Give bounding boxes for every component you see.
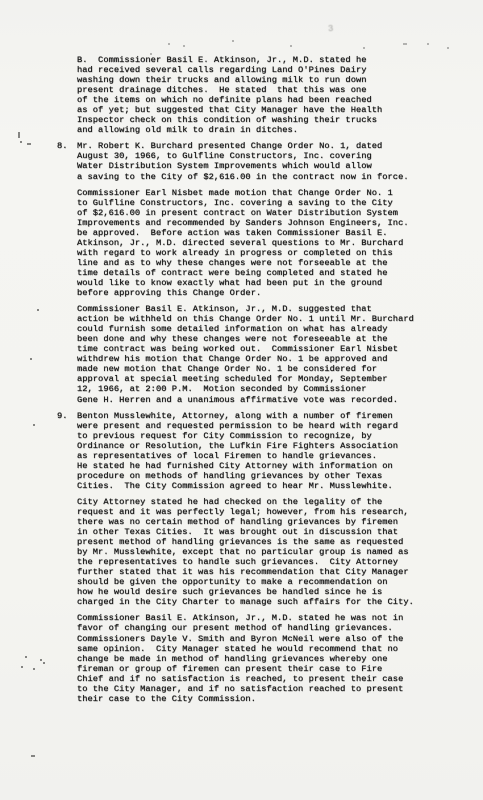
item-label-9: 9. (57, 411, 67, 421)
scan-noise-speck (20, 141, 22, 143)
scan-noise-speck (427, 43, 429, 45)
paragraph-text: Commissioner Basil E. Atkinson, Jr., M.D… (77, 613, 467, 703)
scan-noise-speck (25, 656, 27, 658)
paragraph-text: Mr. Robert K. Burchard presented Change … (77, 141, 467, 181)
item-label-8: 8. (57, 141, 67, 151)
scan-noise-speck (363, 47, 365, 49)
scan-noise-speck (403, 43, 407, 45)
scan-noise-speck (33, 668, 35, 670)
paragraph-text: B. Commissioner Basil E. Atkinson, Jr., … (77, 55, 467, 135)
paragraph-text: Benton Musslewhite, Attorney, along with… (77, 411, 467, 491)
paragraph-item-8-motion: Commissioner Earl Nisbet made motion tha… (77, 188, 467, 299)
scan-noise-speck (168, 43, 170, 45)
paragraph-item-9: 9. Benton Musslewhite, Attorney, along w… (77, 411, 467, 491)
paragraph-item-8-withdrawal: Commissioner Basil E. Atkinson, Jr., M.D… (77, 304, 467, 404)
scan-noise-speck (232, 40, 234, 42)
scan-noise-speck (290, 45, 292, 47)
paragraph-item-9-decision: Commissioner Basil E. Atkinson, Jr., M.D… (77, 613, 467, 703)
paragraph-item-b: B. Commissioner Basil E. Atkinson, Jr., … (77, 55, 467, 135)
paragraph-text: Commissioner Earl Nisbet made motion tha… (77, 188, 467, 299)
scanned-document-page: 3 B. Commissioner Basil E. Atkinson, Jr.… (0, 0, 483, 800)
minutes-text-block: B. Commissioner Basil E. Atkinson, Jr., … (77, 55, 467, 710)
paragraph-item-8: 8. Mr. Robert K. Burchard presented Chan… (77, 141, 467, 181)
scan-noise-speck (30, 358, 32, 360)
paragraph-item-9-city-attorney: City Attorney stated he had checked on t… (77, 497, 467, 608)
scan-noise-speck (447, 47, 449, 49)
scan-noise-mark (18, 132, 20, 138)
scan-noise-speck (150, 53, 152, 55)
scan-noise-speck (183, 45, 185, 47)
page-number: 3 (328, 24, 334, 34)
scan-noise-speck (33, 424, 35, 426)
scan-noise-speck (43, 662, 45, 664)
paragraph-text: City Attorney stated he had checked on t… (77, 497, 467, 608)
scan-noise-speck (37, 309, 39, 311)
scan-noise-speck (27, 143, 31, 145)
scan-noise-speck (21, 666, 23, 668)
scan-noise-speck (40, 659, 42, 661)
paragraph-text: Commissioner Basil E. Atkinson, Jr., M.D… (77, 304, 467, 404)
scan-noise-speck (31, 755, 35, 757)
